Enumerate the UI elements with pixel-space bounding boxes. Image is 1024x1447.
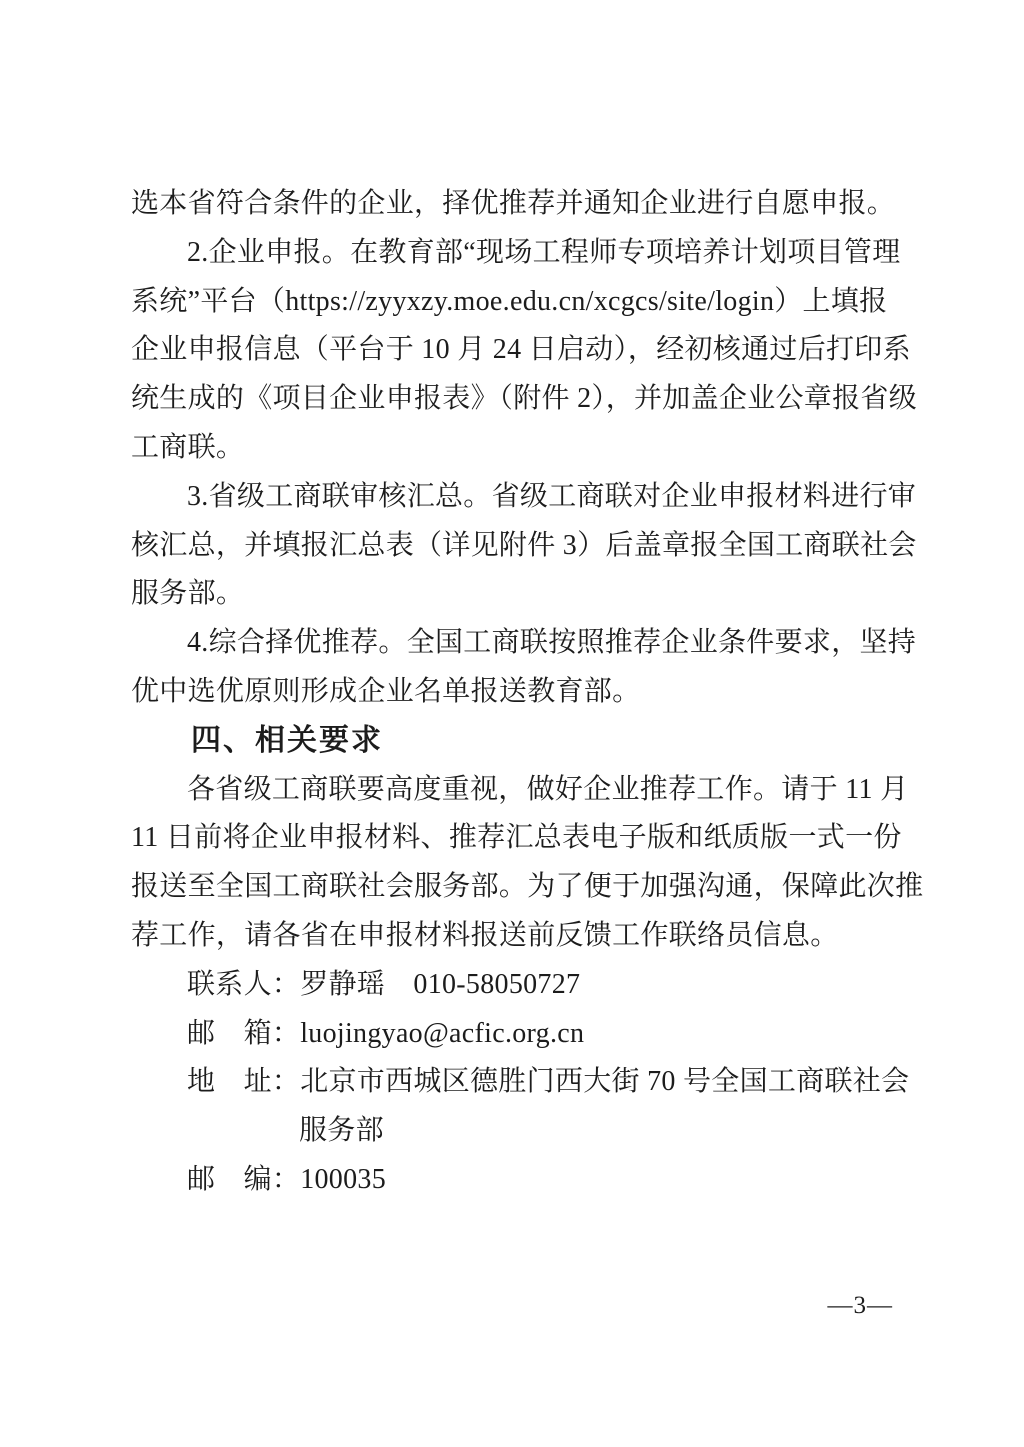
text-line: 2.企业申报。在教育部“现场工程师专项培养计划项目管理	[131, 229, 901, 278]
text-line: 3.省级工商联审核汇总。省级工商联对企业申报材料进行审	[131, 473, 901, 522]
text-line: 服务部。	[131, 570, 901, 619]
text-line: 4.综合择优推荐。全国工商联按照推荐企业条件要求，坚持	[131, 619, 901, 668]
text-line: 系统”平台（https://zyyxzy.moe.edu.cn/xcgcs/si…	[131, 278, 901, 327]
text-line: 工商联。	[131, 424, 901, 473]
text-line: 服务部	[131, 1107, 901, 1156]
text-line: 报送至全国工商联社会服务部。为了便于加强沟通，保障此次推	[131, 863, 901, 912]
text-line: 各省级工商联要高度重视，做好企业推荐工作。请于 11 月	[131, 766, 901, 815]
text-line: 邮 箱：luojingyao@acfic.org.cn	[131, 1010, 901, 1059]
text-line: 邮 编：100035	[131, 1156, 901, 1205]
text-line: 选本省符合条件的企业，择优推荐并通知企业进行自愿申报。	[131, 180, 901, 229]
text-line: 地 址：北京市西城区德胜门西大街 70 号全国工商联社会	[131, 1058, 901, 1107]
page-number: —3—	[828, 1292, 894, 1320]
text-line: 企业申报信息（平台于 10 月 24 日启动），经初核通过后打印系	[131, 326, 901, 375]
text-line: 统生成的《项目企业申报表》（附件 2），并加盖企业公章报省级	[131, 375, 901, 424]
text-line: 联系人：罗静瑶 010-58050727	[131, 961, 901, 1010]
document-page: 选本省符合条件的企业，择优推荐并通知企业进行自愿申报。2.企业申报。在教育部“现…	[0, 0, 1024, 1447]
text-line: 核汇总，并填报汇总表（详见附件 3）后盖章报全国工商联社会	[131, 522, 901, 571]
document-body: 选本省符合条件的企业，择优推荐并通知企业进行自愿申报。2.企业申报。在教育部“现…	[131, 180, 901, 1205]
section-heading: 四、相关要求	[131, 717, 901, 766]
text-line: 荐工作，请各省在申报材料报送前反馈工作联络员信息。	[131, 912, 901, 961]
text-line: 11 日前将企业申报材料、推荐汇总表电子版和纸质版一式一份	[131, 814, 901, 863]
text-line: 优中选优原则形成企业名单报送教育部。	[131, 668, 901, 717]
